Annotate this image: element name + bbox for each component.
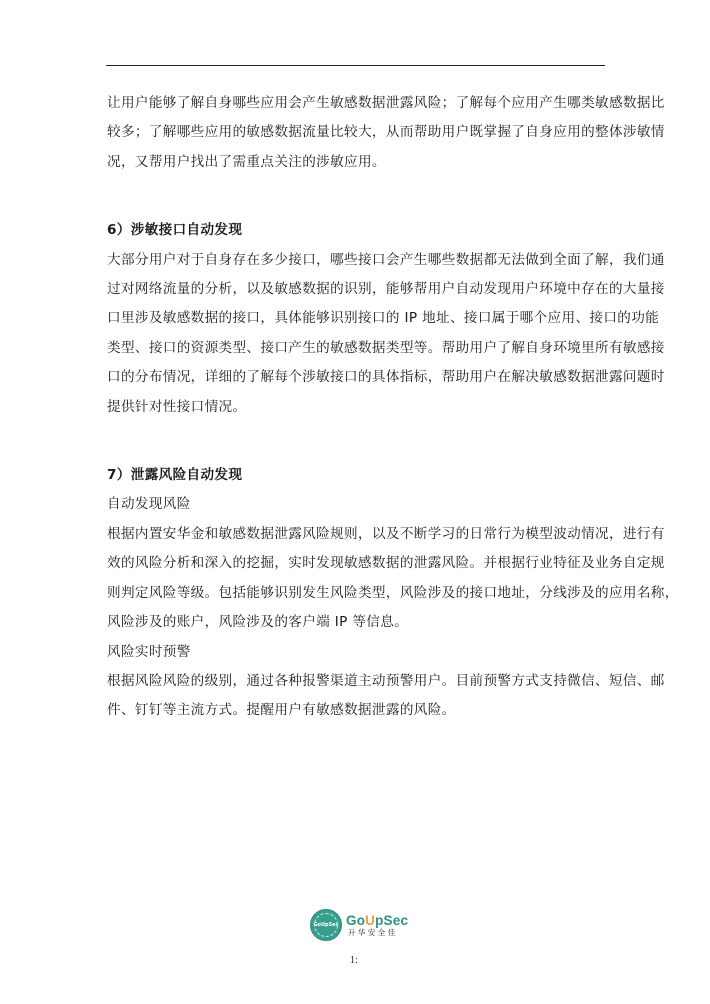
logo-text: GoUpSec 升华安全佳 [346,914,408,937]
brand-accent: U [365,913,375,928]
text-line: 类型、接口的资源类型、接口产生的敏感数据类型等。帮助用户了解自身环境里所有敏感接 [107,334,607,363]
section7-sub1-paragraph: 根据内置安华金和敏感数据泄露风险规则，以及不断学习的日常行为模型波动情况，进行有… [107,520,607,638]
text-line: 口的分布情况，详细的了解每个涉敏接口的具体指标，帮助用户在解决敏感数据泄露问题时 [107,363,607,392]
text-line: 口里涉及敏感数据的接口，具体能够识别接口的 IP 地址、接口属于哪个应用、接口的… [107,304,607,333]
page-number: 1: [350,955,358,966]
header-rule [106,65,605,66]
text-line: 效的风险分析和深入的挖掘，实时发现敏感数据的泄露风险。并根据行业特征及业务自定规 [107,549,607,578]
subheading-auto-discover-risk: 自动发现风险 [107,490,607,519]
spacer [107,177,607,216]
text-line: 大部分用户对于自身存在多少接口，哪些接口会产生哪些数据都无法做到全面了解，我们通 [107,246,607,275]
logo-badge-text: GoUpSec [314,913,338,937]
text-line: 根据内置安华金和敏感数据泄露风险规则，以及不断学习的日常行为模型波动情况，进行有 [107,520,607,549]
logo-chinese-name: 升华安全佳 [346,929,408,937]
text-line: 况，又帮用户找出了需重点关注的涉敏应用。 [107,148,607,177]
text-line: 风险涉及的账户，风险涉及的客户端 IP 等信息。 [107,608,607,637]
section-heading-7: 7）泄露风险自动发现 [107,461,607,490]
text-line: 过对网络流量的分析，以及敏感数据的识别，能够帮用户自动发现用户环境中存在的大量接 [107,275,607,304]
text-line: 件、钉钉等主流方式。提醒用户有敏感数据泄露的风险。 [107,696,607,725]
brand-suffix: pSec [375,913,408,928]
section7-sub2-paragraph: 根据风险风险的级别，通过各种报警渠道主动预警用户。目前预警方式支持微信、短信、邮… [107,667,607,726]
text-line: 让用户能够了解自身哪些应用会产生敏感数据泄露风险；了解每个应用产生哪类敏感数据比 [107,89,607,118]
text-line: 根据风险风险的级别，通过各种报警渠道主动预警用户。目前预警方式支持微信、短信、邮 [107,667,607,696]
text-line: 则判定风险等级。包括能够识别发生风险类型，风险涉及的接口地址，分线涉及的应用名称… [107,579,607,608]
spacer [107,422,607,461]
logo-badge-icon: GoUpSec [310,909,342,941]
text-line: 提供针对性接口情况。 [107,393,607,422]
text-line: 较多；了解哪些应用的敏感数据流量比较大，从而帮助用户既掌握了自身应用的整体涉敏情 [107,118,607,147]
intro-paragraph: 让用户能够了解自身哪些应用会产生敏感数据泄露风险；了解每个应用产生哪类敏感数据比… [107,89,607,177]
brand-prefix: Go [346,913,365,928]
section6-paragraph: 大部分用户对于自身存在多少接口，哪些接口会产生哪些数据都无法做到全面了解，我们通… [107,246,607,422]
logo-brand-name: GoUpSec [346,914,408,928]
section-heading-6: 6）涉敏接口自动发现 [107,216,607,245]
company-logo: GoUpSec GoUpSec 升华安全佳 [310,909,408,941]
subheading-realtime-alert: 风险实时预警 [107,638,607,667]
document-body: 让用户能够了解自身哪些应用会产生敏感数据泄露风险；了解每个应用产生哪类敏感数据比… [107,89,607,726]
